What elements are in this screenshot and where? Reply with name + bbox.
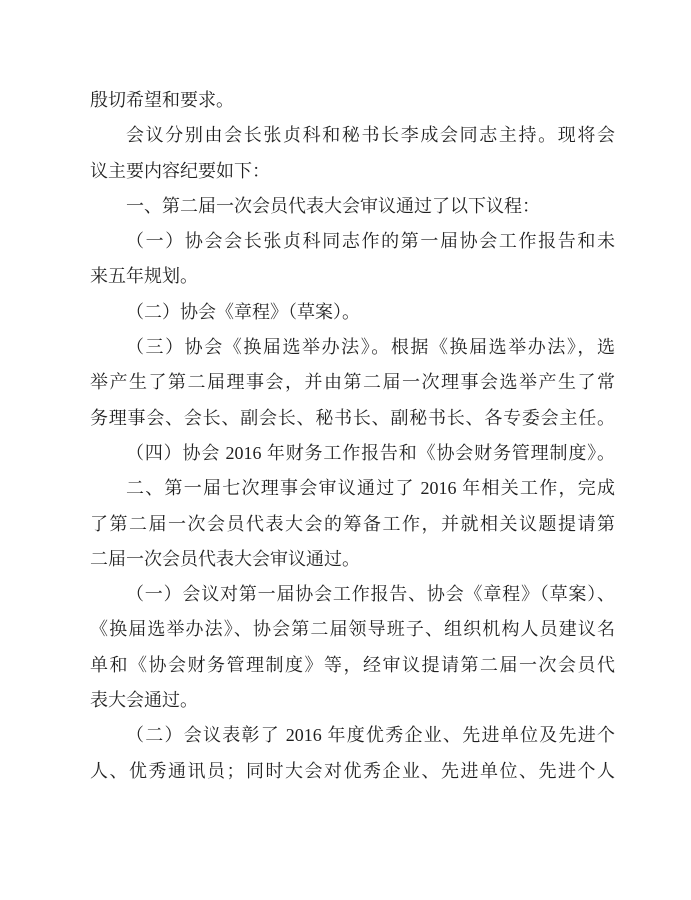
document-body: 殷切希望和要求。 会议分别由会长张贞科和秘书长李成会同志主持。现将会 议主要内容…: [90, 83, 615, 789]
document-line: 务理事会、会长、副会长、秘书长、副秘书长、各专委会主任。: [90, 401, 615, 436]
document-page: 殷切希望和要求。 会议分别由会长张贞科和秘书长李成会同志主持。现将会 议主要内容…: [0, 0, 691, 900]
document-line: 了第二届一次会员代表大会的筹备工作，并就相关议题提请第: [90, 507, 615, 542]
document-line: （三）协会《换届选举办法》。根据《换届选举办法》，选: [90, 330, 615, 365]
document-line: 《换届选举办法》、协会第二届领导班子、组织机构人员建议名: [90, 612, 615, 647]
document-line: （一）协会会长张贞科同志作的第一届协会工作报告和未: [90, 224, 615, 259]
document-line: （四）协会 2016 年财务工作报告和《协会财务管理制度》。: [90, 436, 615, 471]
document-line: 表大会通过。: [90, 683, 615, 718]
document-line: 二、第一届七次理事会审议通过了 2016 年相关工作，完成: [90, 471, 615, 506]
document-line: 会议分别由会长张贞科和秘书长李成会同志主持。现将会: [90, 118, 615, 153]
document-line: 议主要内容纪要如下：: [90, 154, 615, 189]
document-line: 单和《协会财务管理制度》等，经审议提请第二届一次会员代: [90, 648, 615, 683]
document-line: （一）会议对第一届协会工作报告、协会《章程》（草案）、: [90, 577, 615, 612]
document-line: （二）会议表彰了 2016 年度优秀企业、先进单位及先进个: [90, 718, 615, 753]
document-line: 二届一次会员代表大会审议通过。: [90, 542, 615, 577]
document-line: 一、第二届一次会员代表大会审议通过了以下议程：: [90, 189, 615, 224]
document-line: 殷切希望和要求。: [90, 83, 615, 118]
document-line: 来五年规划。: [90, 259, 615, 294]
document-line: （二）协会《章程》（草案）。: [90, 295, 615, 330]
document-line: 举产生了第二届理事会，并由第二届一次理事会选举产生了常: [90, 365, 615, 400]
document-line: 人、优秀通讯员；同时大会对优秀企业、先进单位、先进个人: [90, 754, 615, 789]
